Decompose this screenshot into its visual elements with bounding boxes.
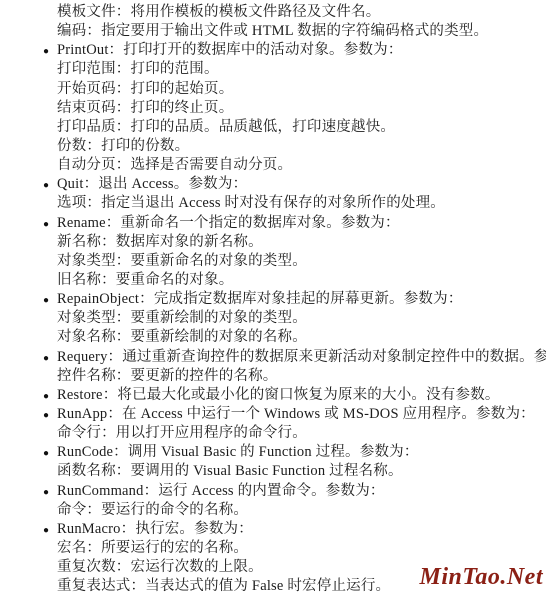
line-text: 旧名称：要重命名的对象。	[57, 271, 233, 290]
list-item: ● 份数：打印的份数。	[0, 137, 546, 156]
list-item: ● 对象名称：要重新绘制的对象的名称。	[0, 328, 546, 347]
list-item: ● 开始页码：打印的起始页。	[0, 80, 546, 99]
line-text: 命令：要运行的命令的名称。	[57, 501, 248, 520]
line-text: 对象名称：要重新绘制的对象的名称。	[57, 328, 307, 347]
line-text: RunCommand：运行 Access 的内置命令。参数为：	[57, 482, 385, 501]
line-text: 命令行：用以打开应用程序的命令行。	[57, 424, 307, 443]
list-item: ● 命令：要运行的命令的名称。	[0, 501, 546, 520]
list-item: ● RunCommand：运行 Access 的内置命令。参数为：	[0, 482, 546, 501]
line-text: RepainObject：完成指定数据库对象挂起的屏幕更新。参数为：	[57, 290, 463, 309]
list-item: ● 对象类型：要重新命名的对象的类型。	[0, 252, 546, 271]
line-text: RunCode：调用 Visual Basic 的 Function 过程。参数…	[57, 443, 419, 462]
bullet-icon: ●	[0, 521, 57, 540]
list-item: ● 对象类型：要重新绘制的对象的类型。	[0, 309, 546, 328]
line-text: 自动分页：选择是否需要自动分页。	[57, 156, 292, 175]
line-text: 份数：打印的份数。	[57, 137, 189, 156]
line-text: 宏名：所要运行的宏的名称。	[57, 539, 248, 558]
list-item: ● 自动分页：选择是否需要自动分页。	[0, 156, 546, 175]
line-text: RunMacro：执行宏。参数为：	[57, 520, 253, 539]
line-text: 结束页码：打印的终止页。	[57, 99, 233, 118]
bullet-list: ● 模板文件：将用作模板的模板文件路径及文件名。 ● 编码：指定要用于输出文件或…	[0, 3, 546, 595]
list-item: ● 打印品质：打印的品质。品质越低，打印速度越快。	[0, 118, 546, 137]
bullet-icon: ●	[0, 444, 57, 463]
line-text: 打印范围：打印的范围。	[57, 60, 219, 79]
line-text: 函数名称：要调用的 Visual Basic Function 过程名称。	[57, 462, 403, 481]
list-item: ● 模板文件：将用作模板的模板文件路径及文件名。	[0, 3, 546, 22]
line-text: 对象类型：要重新命名的对象的类型。	[57, 252, 307, 271]
list-item: ● RunApp：在 Access 中运行一个 Windows 或 MS-DOS…	[0, 405, 546, 424]
bullet-icon: ●	[0, 176, 57, 195]
list-item: ● 旧名称：要重命名的对象。	[0, 271, 546, 290]
line-text: RunApp：在 Access 中运行一个 Windows 或 MS-DOS 应…	[57, 405, 535, 424]
list-item: ● 宏名：所要运行的宏的名称。	[0, 539, 546, 558]
line-text: 重复表达式：当表达式的值为 False 时宏停止运行。	[57, 577, 390, 595]
line-text: 开始页码：打印的起始页。	[57, 80, 233, 99]
line-text: 对象类型：要重新绘制的对象的类型。	[57, 309, 307, 328]
list-item: ● Requery：通过重新查询控件的数据原来更新活动对象制定控件中的数据。参数…	[0, 348, 546, 367]
list-item: ● 结束页码：打印的终止页。	[0, 99, 546, 118]
list-item: ● Restore：将已最大化或最小化的窗口恢复为原来的大小。没有参数。	[0, 386, 546, 405]
list-item: ● 控件名称：要更新的控件的名称。	[0, 367, 546, 386]
list-item: ● Quit：退出 Access。参数为：	[0, 175, 546, 194]
bullet-icon: ●	[0, 406, 57, 425]
list-item: ● RunCode：调用 Visual Basic 的 Function 过程。…	[0, 443, 546, 462]
line-text: 编码：指定要用于输出文件或 HTML 数据的字符编码格式的类型。	[57, 22, 488, 41]
line-text: Quit：退出 Access。参数为：	[57, 175, 247, 194]
line-text: Requery：通过重新查询控件的数据原来更新活动对象制定控件中的数据。参数为：	[57, 348, 546, 367]
bullet-icon: ●	[0, 483, 57, 502]
line-text: Rename：重新命名一个指定的数据库对象。参数为：	[57, 214, 400, 233]
list-item: ● Rename：重新命名一个指定的数据库对象。参数为：	[0, 214, 546, 233]
list-item: ● PrintOut：打印打开的数据库中的活动对象。参数为：	[0, 41, 546, 60]
bullet-icon: ●	[0, 291, 57, 310]
line-text: 打印品质：打印的品质。品质越低，打印速度越快。	[57, 118, 395, 137]
bullet-icon: ●	[0, 215, 57, 234]
line-text: 控件名称：要更新的控件的名称。	[57, 367, 278, 386]
list-item: ● 打印范围：打印的范围。	[0, 60, 546, 79]
bullet-icon: ●	[0, 42, 57, 61]
document-page: ● 模板文件：将用作模板的模板文件路径及文件名。 ● 编码：指定要用于输出文件或…	[0, 0, 546, 595]
list-item: ● 选项：指定当退出 Access 时对没有保存的对象所作的处理。	[0, 194, 546, 213]
list-item: ● RunMacro：执行宏。参数为：	[0, 520, 546, 539]
line-text: 模板文件：将用作模板的模板文件路径及文件名。	[57, 3, 380, 22]
bullet-icon: ●	[0, 349, 57, 368]
line-text: 新名称：数据库对象的新名称。	[57, 233, 263, 252]
list-item: ● 命令行：用以打开应用程序的命令行。	[0, 424, 546, 443]
line-text: 选项：指定当退出 Access 时对没有保存的对象所作的处理。	[57, 194, 445, 213]
list-item: ● 新名称：数据库对象的新名称。	[0, 233, 546, 252]
line-text: Restore：将已最大化或最小化的窗口恢复为原来的大小。没有参数。	[57, 386, 500, 405]
line-text: 重复次数：宏运行次数的上限。	[57, 558, 263, 577]
list-item: ● 编码：指定要用于输出文件或 HTML 数据的字符编码格式的类型。	[0, 22, 546, 41]
watermark: MinTao.Net	[420, 564, 543, 591]
list-item: ● 函数名称：要调用的 Visual Basic Function 过程名称。	[0, 462, 546, 481]
list-item: ● RepainObject：完成指定数据库对象挂起的屏幕更新。参数为：	[0, 290, 546, 309]
line-text: PrintOut：打印打开的数据库中的活动对象。参数为：	[57, 41, 403, 60]
bullet-icon: ●	[0, 387, 57, 406]
